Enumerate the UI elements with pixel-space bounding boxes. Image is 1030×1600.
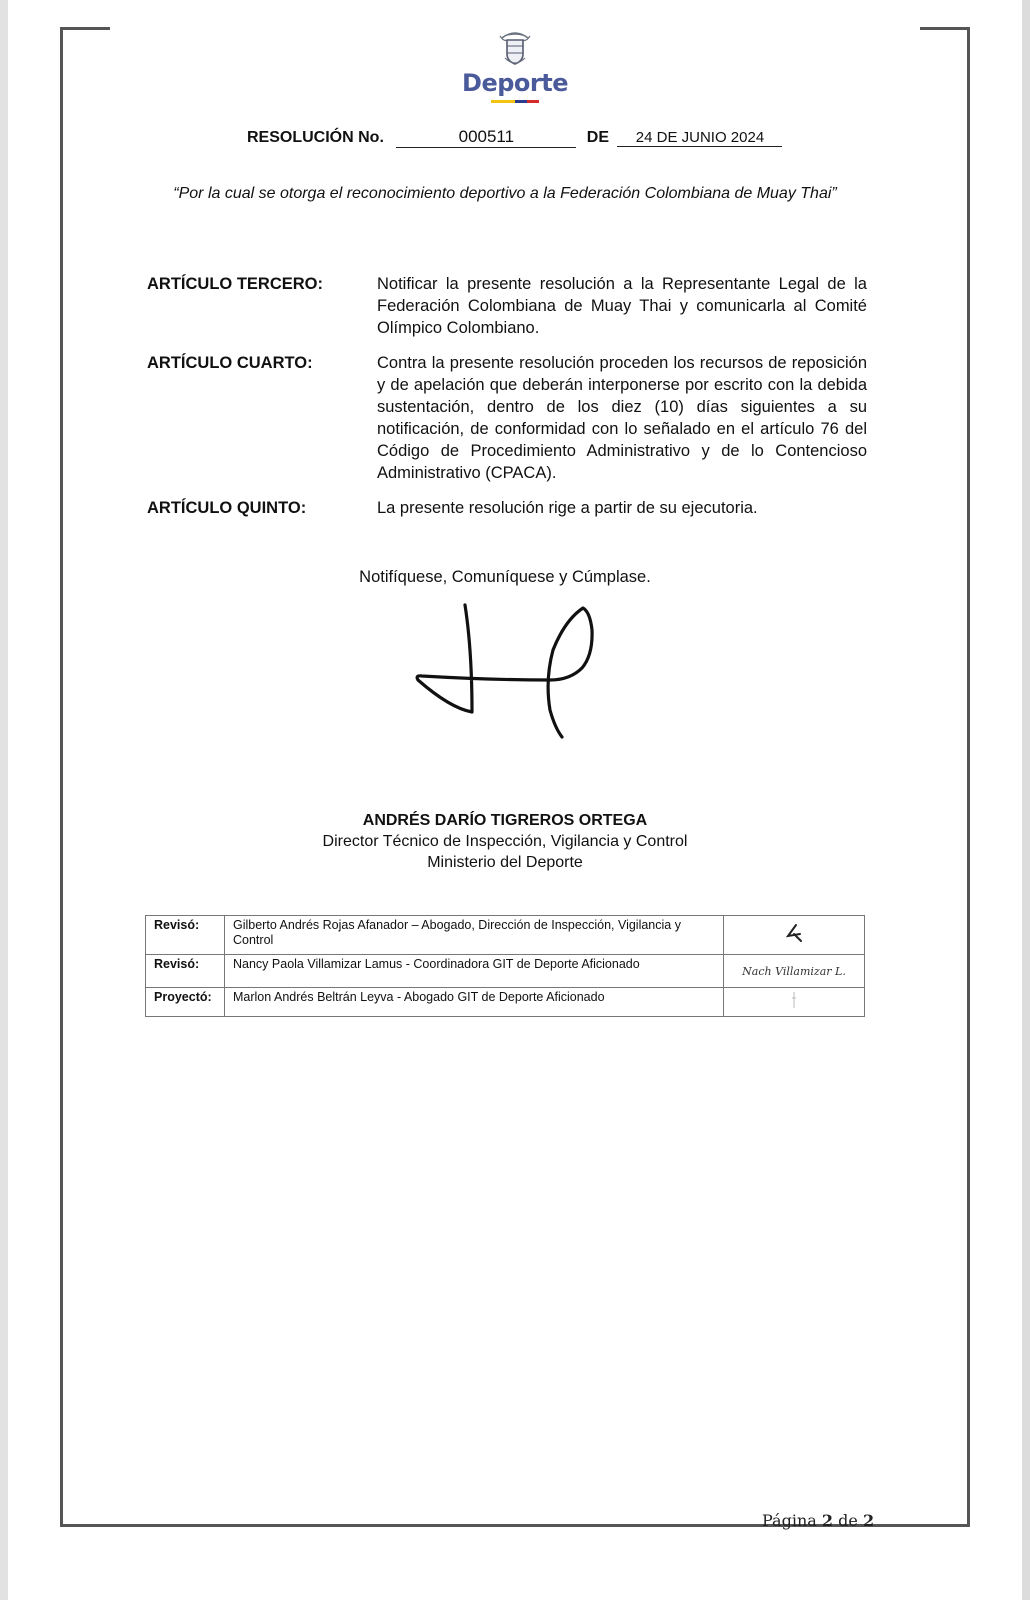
signer-entity: Ministerio del Deporte [0,852,1010,873]
review-signature [724,988,865,1017]
of-word: de [838,1511,858,1530]
signer-name: ANDRÉS DARÍO TIGREROS ORTEGA [0,810,1010,831]
colombia-flag-stripe [491,100,539,103]
signer-title: Director Técnico de Inspección, Vigilanc… [0,831,1010,852]
faint-signature-mark-icon [789,990,799,1010]
handwritten-signature: Nach Villamizar L. [742,965,846,978]
article-text: Contra la presente resolución proceden l… [377,352,867,484]
review-role: Revisó: [146,955,225,988]
resolution-subtitle: “Por la cual se otorga el reconocimiento… [150,185,860,203]
viewer-scrollbar[interactable] [1022,0,1030,1600]
review-signature [724,916,865,955]
article-cuarto: ARTÍCULO CUARTO: Contra la presente reso… [147,352,867,484]
viewer-left-edge [0,0,8,1600]
page-total: 2 [863,1511,874,1530]
resolution-number: 000511 [396,127,576,148]
review-role: Proyectó: [146,988,225,1017]
page-current: 2 [822,1511,833,1530]
article-quinto: ARTÍCULO QUINTO: La presente resolución … [147,497,867,519]
review-table: Revisó: Gilberto Andrés Rojas Afanador –… [145,915,865,1017]
table-row: Revisó: Gilberto Andrés Rojas Afanador –… [146,916,865,955]
review-person: Gilberto Andrés Rojas Afanador – Abogado… [225,916,724,955]
table-row: Revisó: Nancy Paola Villamizar Lamus - C… [146,955,865,988]
article-text: La presente resolución rige a partir de … [377,497,867,519]
page-number: Página 2 de 2 [762,1511,874,1530]
resolution-label: RESOLUCIÓN No. [247,129,384,146]
signer-block: ANDRÉS DARÍO TIGREROS ORTEGA Director Té… [0,810,1010,873]
article-text: Notificar la presente resolución a la Re… [377,273,867,339]
review-person: Marlon Andrés Beltrán Leyva - Abogado GI… [225,988,724,1017]
page-frame [60,27,970,1527]
resolution-de-label: DE [587,129,609,146]
article-label: ARTÍCULO CUARTO: [147,352,313,374]
logo-text: Deporte [460,70,570,96]
closing-formula: Notifíquese, Comuníquese y Cúmplase. [0,568,1010,587]
article-label: ARTÍCULO TERCERO: [147,273,323,295]
article-label: ARTÍCULO QUINTO: [147,497,306,519]
colombia-coat-of-arms-icon [496,28,534,68]
review-signature: Nach Villamizar L. [724,955,865,988]
initial-signature-icon [782,922,806,944]
deporte-logo: Deporte [460,28,570,103]
article-tercero: ARTÍCULO TERCERO: Notificar la presente … [147,273,867,339]
resolution-header: RESOLUCIÓN No. 000511 DE 24 DE JUNIO 202… [247,127,782,148]
director-signature [410,600,610,745]
review-person: Nancy Paola Villamizar Lamus - Coordinad… [225,955,724,988]
page-word: Página [762,1511,817,1530]
table-row: Proyectó: Marlon Andrés Beltrán Leyva - … [146,988,865,1017]
resolution-date: 24 DE JUNIO 2024 [617,129,782,147]
review-role: Revisó: [146,916,225,955]
